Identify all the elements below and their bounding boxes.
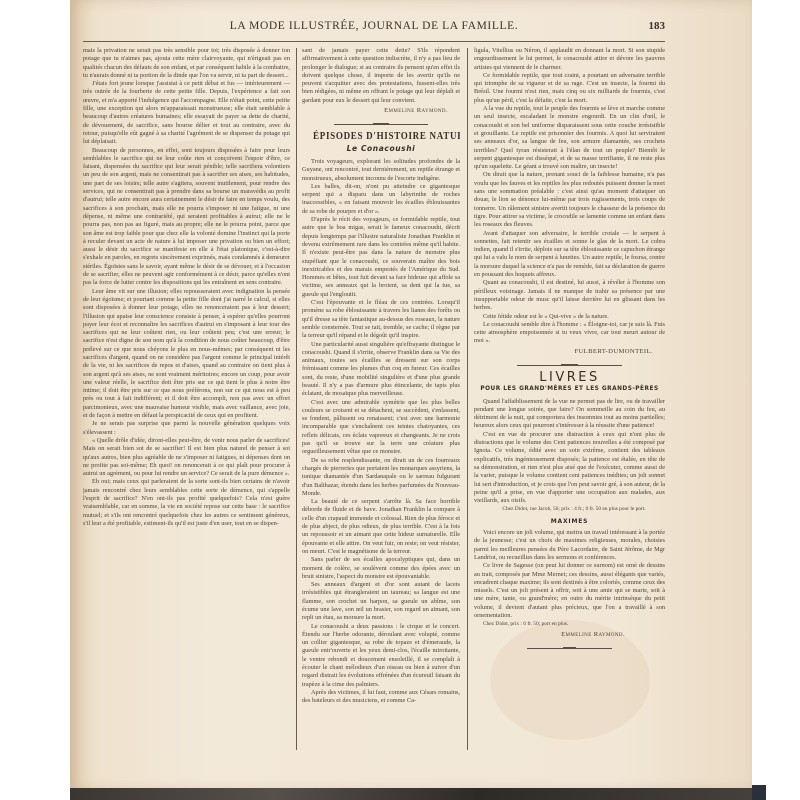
column-3: ligula, Vitellius ou Néron, il applaudit… xyxy=(474,47,665,747)
paragraph: Ce formidable reptile, que tout craint, … xyxy=(474,72,665,105)
paragraph: D'après le récit des voyageurs, ce formi… xyxy=(302,216,460,299)
paragraph: Le conacoushi semble dire à l'homme : « … xyxy=(474,321,665,346)
paragraph: Après des victimes, il lui faut, comme a… xyxy=(302,689,460,706)
paragraph: Une particularité aussi singulière qu'ef… xyxy=(302,341,460,399)
paragraph: Trois voyageurs, explorant les solitudes… xyxy=(302,158,460,183)
header-rule xyxy=(83,41,665,42)
paragraph: Voici encore un joli volume, qui mettra … xyxy=(474,529,665,562)
paragraph: Ses anneaux d'argent et d'or sont autant… xyxy=(302,581,460,622)
section-subtitle-livres: POUR LES GRAND'MÈRES ET LES GRANDS-PÈRES xyxy=(474,385,665,393)
publisher-note: Chez Didot, rue Jacob, 56; prix : 4 fr.;… xyxy=(474,505,665,513)
page-bottom-edge xyxy=(70,788,752,800)
paragraph: J'étais fort jeune lorsque j'assistai à … xyxy=(83,80,290,146)
paragraph: Le conacoushi a deux passions : le cirqu… xyxy=(302,623,460,689)
running-header: LA MODE ILLUSTRÉE, JOURNAL DE LA FAMILLE… xyxy=(83,20,665,40)
paragraph: On dirait que la nature, prenant souci d… xyxy=(474,171,665,229)
paragraph: Leur âme vit sur une illusion; elles rep… xyxy=(83,288,290,421)
paragraph: Quant au conacoushi, il est destiné, lui… xyxy=(474,279,665,312)
paragraph: C'est l'épouvante et le fléau de ces con… xyxy=(302,299,460,340)
paragraph: Je ne serais pas surprise que parmi la n… xyxy=(83,420,290,437)
paragraph: De sa robe resplendissante, on dirait un… xyxy=(302,457,460,498)
paragraph: La beauté de ce serpent s'arrête là. Sa … xyxy=(302,498,460,556)
ornament-divider xyxy=(527,645,613,651)
column-divider xyxy=(296,48,297,750)
section-subtitle: Le Conacoushi xyxy=(302,145,460,153)
column-2: sant de jamais payer cette dette? S'ils … xyxy=(302,47,460,757)
paragraph: Ce livre de Sagesse (on peut lui donner … xyxy=(474,562,665,620)
ornament-divider xyxy=(334,121,429,127)
column-1: mais la privation ne serait pas très sen… xyxy=(83,47,290,757)
journal-title: LA MODE ILLUSTRÉE, JOURNAL DE LA FAMILLE… xyxy=(83,20,665,32)
paragraph: Les balles, dit-on, n'ont pu atteindre c… xyxy=(302,183,460,216)
author-signature: FULBERT-DUMONTEIL. xyxy=(474,348,653,356)
paragraph: A la vue du reptile, tout le peuple des … xyxy=(474,105,665,171)
page-number: 183 xyxy=(649,20,666,32)
section-title: ÉPISODES D'HISTOIRE NATURELLE xyxy=(313,133,449,141)
paragraph: Eh oui; mais ceux qui parleraient de la … xyxy=(83,478,290,528)
paragraph: Avant d'attaquer son adversaire, le terr… xyxy=(474,230,665,280)
paragraph: « Quelle drôle d'idée, diront-elles peut… xyxy=(83,437,290,478)
paragraph: mais la privation ne serait pas très sen… xyxy=(83,47,290,80)
author-signature: Emmeline Raymond. xyxy=(302,107,448,115)
section-title-livres: LIVRES xyxy=(474,374,665,382)
author-signature: Emmeline Raymond. xyxy=(474,631,625,639)
publisher-note: Chez Didot, prix : 6 fr. 50; port en plu… xyxy=(474,620,665,628)
subsection-title-maximes: MAXIMES xyxy=(474,518,665,526)
right-margin xyxy=(752,0,800,800)
paragraph: ligula, Vitellius ou Néron, il applaudit… xyxy=(474,47,665,72)
paragraph: C'est en vue de procurer une distraction… xyxy=(474,431,665,506)
paragraph: Quand l'affaiblissement de la vue ne per… xyxy=(474,398,665,431)
ornament-divider xyxy=(517,362,622,368)
column-divider xyxy=(467,48,468,750)
paragraph: Cette fétide odeur est le « Qui-vive » d… xyxy=(474,313,665,321)
paragraph: Beaucoup de personnes, en effet, sont to… xyxy=(83,147,290,288)
paragraph: C'est avec une admirable symétrie que le… xyxy=(302,399,460,457)
paragraph: sant de jamais payer cette dette? S'ils … xyxy=(302,47,460,105)
binding-strip xyxy=(752,785,766,800)
paragraph: Sans parler de ses écailles apocalyptiqu… xyxy=(302,556,460,581)
